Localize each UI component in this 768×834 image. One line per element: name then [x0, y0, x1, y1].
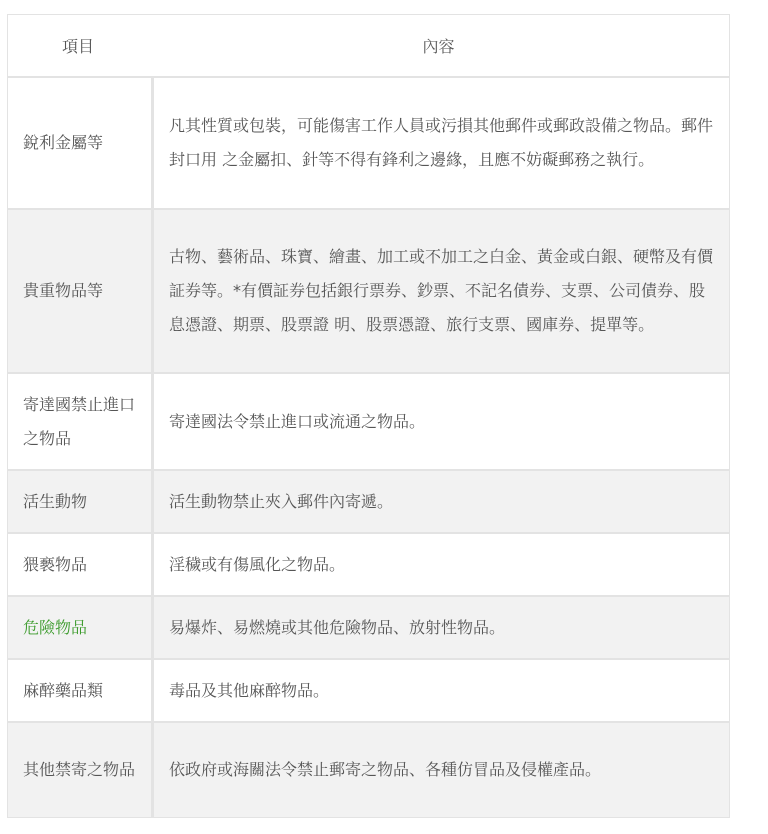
item-cell: 活生動物: [8, 470, 153, 533]
table-row: 其他禁寄之物品 依政府或海關法令禁止郵寄之物品、各種仿冒品及侵權產品。: [8, 722, 730, 818]
content-cell: 寄達國法令禁止進口或流通之物品。: [153, 373, 730, 470]
table-row: 麻醉藥品類 毒品及其他麻醉物品。: [8, 659, 730, 722]
item-cell: 貴重物品等: [8, 209, 153, 373]
item-cell: 寄達國禁止進口之物品: [8, 373, 153, 470]
dangerous-goods-link[interactable]: 危險物品: [23, 618, 87, 637]
content-cell: 淫穢或有傷風化之物品。: [153, 533, 730, 596]
table-row: 危險物品 易爆炸、易燃燒或其他危險物品、放射性物品。: [8, 596, 730, 659]
content-cell: 活生動物禁止夾入郵件內寄遞。: [153, 470, 730, 533]
table-row: 貴重物品等 古物、藝術品、珠寶、繪畫、加工或不加工之白金、黃金或白銀、硬幣及有價…: [8, 209, 730, 373]
table-row: 寄達國禁止進口之物品 寄達國法令禁止進口或流通之物品。: [8, 373, 730, 470]
prohibited-items-table: 項目 內容 銳利金屬等 凡其性質或包裝，可能傷害工作人員或污損其他郵件或郵政設備…: [7, 14, 730, 818]
table-header-row: 項目 內容: [8, 15, 730, 78]
column-header-content: 內容: [153, 15, 730, 78]
prohibited-items-table-container: 項目 內容 銳利金屬等 凡其性質或包裝，可能傷害工作人員或污損其他郵件或郵政設備…: [7, 14, 729, 818]
item-cell: 猥褻物品: [8, 533, 153, 596]
column-header-item: 項目: [8, 15, 153, 78]
table-row: 猥褻物品 淫穢或有傷風化之物品。: [8, 533, 730, 596]
item-cell: 銳利金屬等: [8, 77, 153, 209]
content-cell: 凡其性質或包裝，可能傷害工作人員或污損其他郵件或郵政設備之物品。郵件封口用 之金…: [153, 77, 730, 209]
item-cell: 麻醉藥品類: [8, 659, 153, 722]
content-cell: 依政府或海關法令禁止郵寄之物品、各種仿冒品及侵權產品。: [153, 722, 730, 818]
content-cell: 古物、藝術品、珠寶、繪畫、加工或不加工之白金、黃金或白銀、硬幣及有價証券等。*有…: [153, 209, 730, 373]
table-row: 銳利金屬等 凡其性質或包裝，可能傷害工作人員或污損其他郵件或郵政設備之物品。郵件…: [8, 77, 730, 209]
table-row: 活生動物 活生動物禁止夾入郵件內寄遞。: [8, 470, 730, 533]
content-cell: 毒品及其他麻醉物品。: [153, 659, 730, 722]
item-cell: 危險物品: [8, 596, 153, 659]
item-cell: 其他禁寄之物品: [8, 722, 153, 818]
content-cell: 易爆炸、易燃燒或其他危險物品、放射性物品。: [153, 596, 730, 659]
